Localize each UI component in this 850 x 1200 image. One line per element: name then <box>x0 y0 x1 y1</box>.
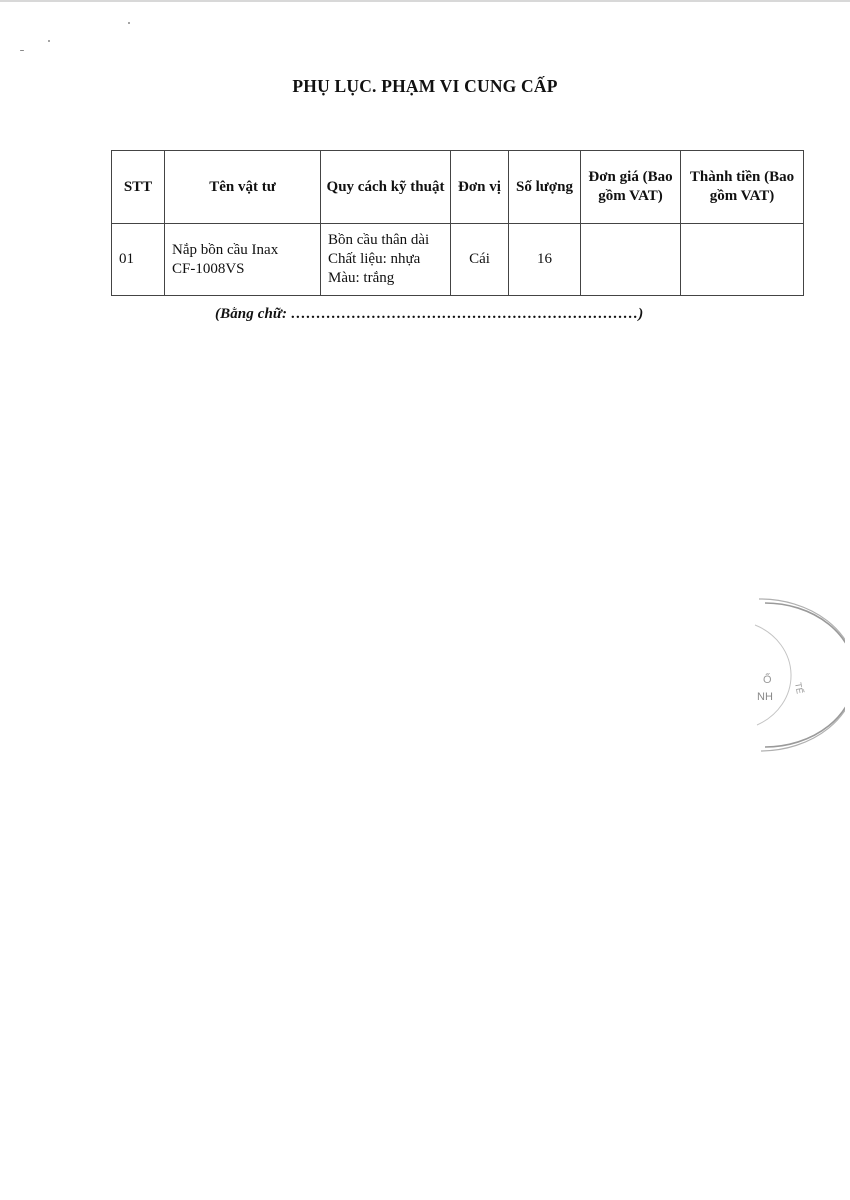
header-unit-price: Đơn giá (Bao gồm VAT) <box>581 151 681 224</box>
cell-quantity: 16 <box>509 224 581 296</box>
supply-table: STT Tên vật tư Quy cách kỹ thuật Đơn vị … <box>111 150 804 296</box>
cell-name: Nắp bồn cầu Inax CF-1008VS <box>165 224 321 296</box>
cell-spec: Bồn cầu thân dài Chất liệu: nhựa Màu: tr… <box>321 224 451 296</box>
header-name: Tên vật tư <box>165 151 321 224</box>
scan-top-edge <box>0 0 850 2</box>
amount-in-words: (Bằng chữ: ……………………………………………………………) <box>215 306 643 323</box>
header-stt: STT <box>112 151 165 224</box>
cell-unit-price <box>581 224 681 296</box>
spec-line: Chất liệu: nhựa <box>328 250 446 269</box>
name-line: CF-1008VS <box>172 260 316 279</box>
scan-speck <box>48 40 50 42</box>
cell-total <box>681 224 804 296</box>
stamp-text: TẾ <box>793 682 805 695</box>
table-header-row: STT Tên vật tư Quy cách kỹ thuật Đơn vị … <box>112 151 804 224</box>
header-quantity: Số lượng <box>509 151 581 224</box>
spec-line: Màu: trắng <box>328 269 446 288</box>
scan-speck <box>128 22 130 24</box>
name-line: Nắp bồn cầu Inax <box>172 241 316 260</box>
header-unit: Đơn vị <box>451 151 509 224</box>
cell-stt: 01 <box>112 224 165 296</box>
spec-line: Bồn cầu thân dài <box>328 231 446 250</box>
page-title: PHỤ LỤC. PHẠM VI CUNG CẤP <box>0 76 850 97</box>
stamp-text: Ố <box>763 672 772 686</box>
stamp-text: NH <box>757 691 773 703</box>
scan-speck <box>20 50 24 51</box>
cell-unit: Cái <box>451 224 509 296</box>
table-row: 01 Nắp bồn cầu Inax CF-1008VS Bồn cầu th… <box>112 224 804 296</box>
stamp-icon: Ố NH TẾ <box>735 595 845 755</box>
header-total: Thành tiền (Bao gồm VAT) <box>681 151 804 224</box>
header-spec: Quy cách kỹ thuật <box>321 151 451 224</box>
